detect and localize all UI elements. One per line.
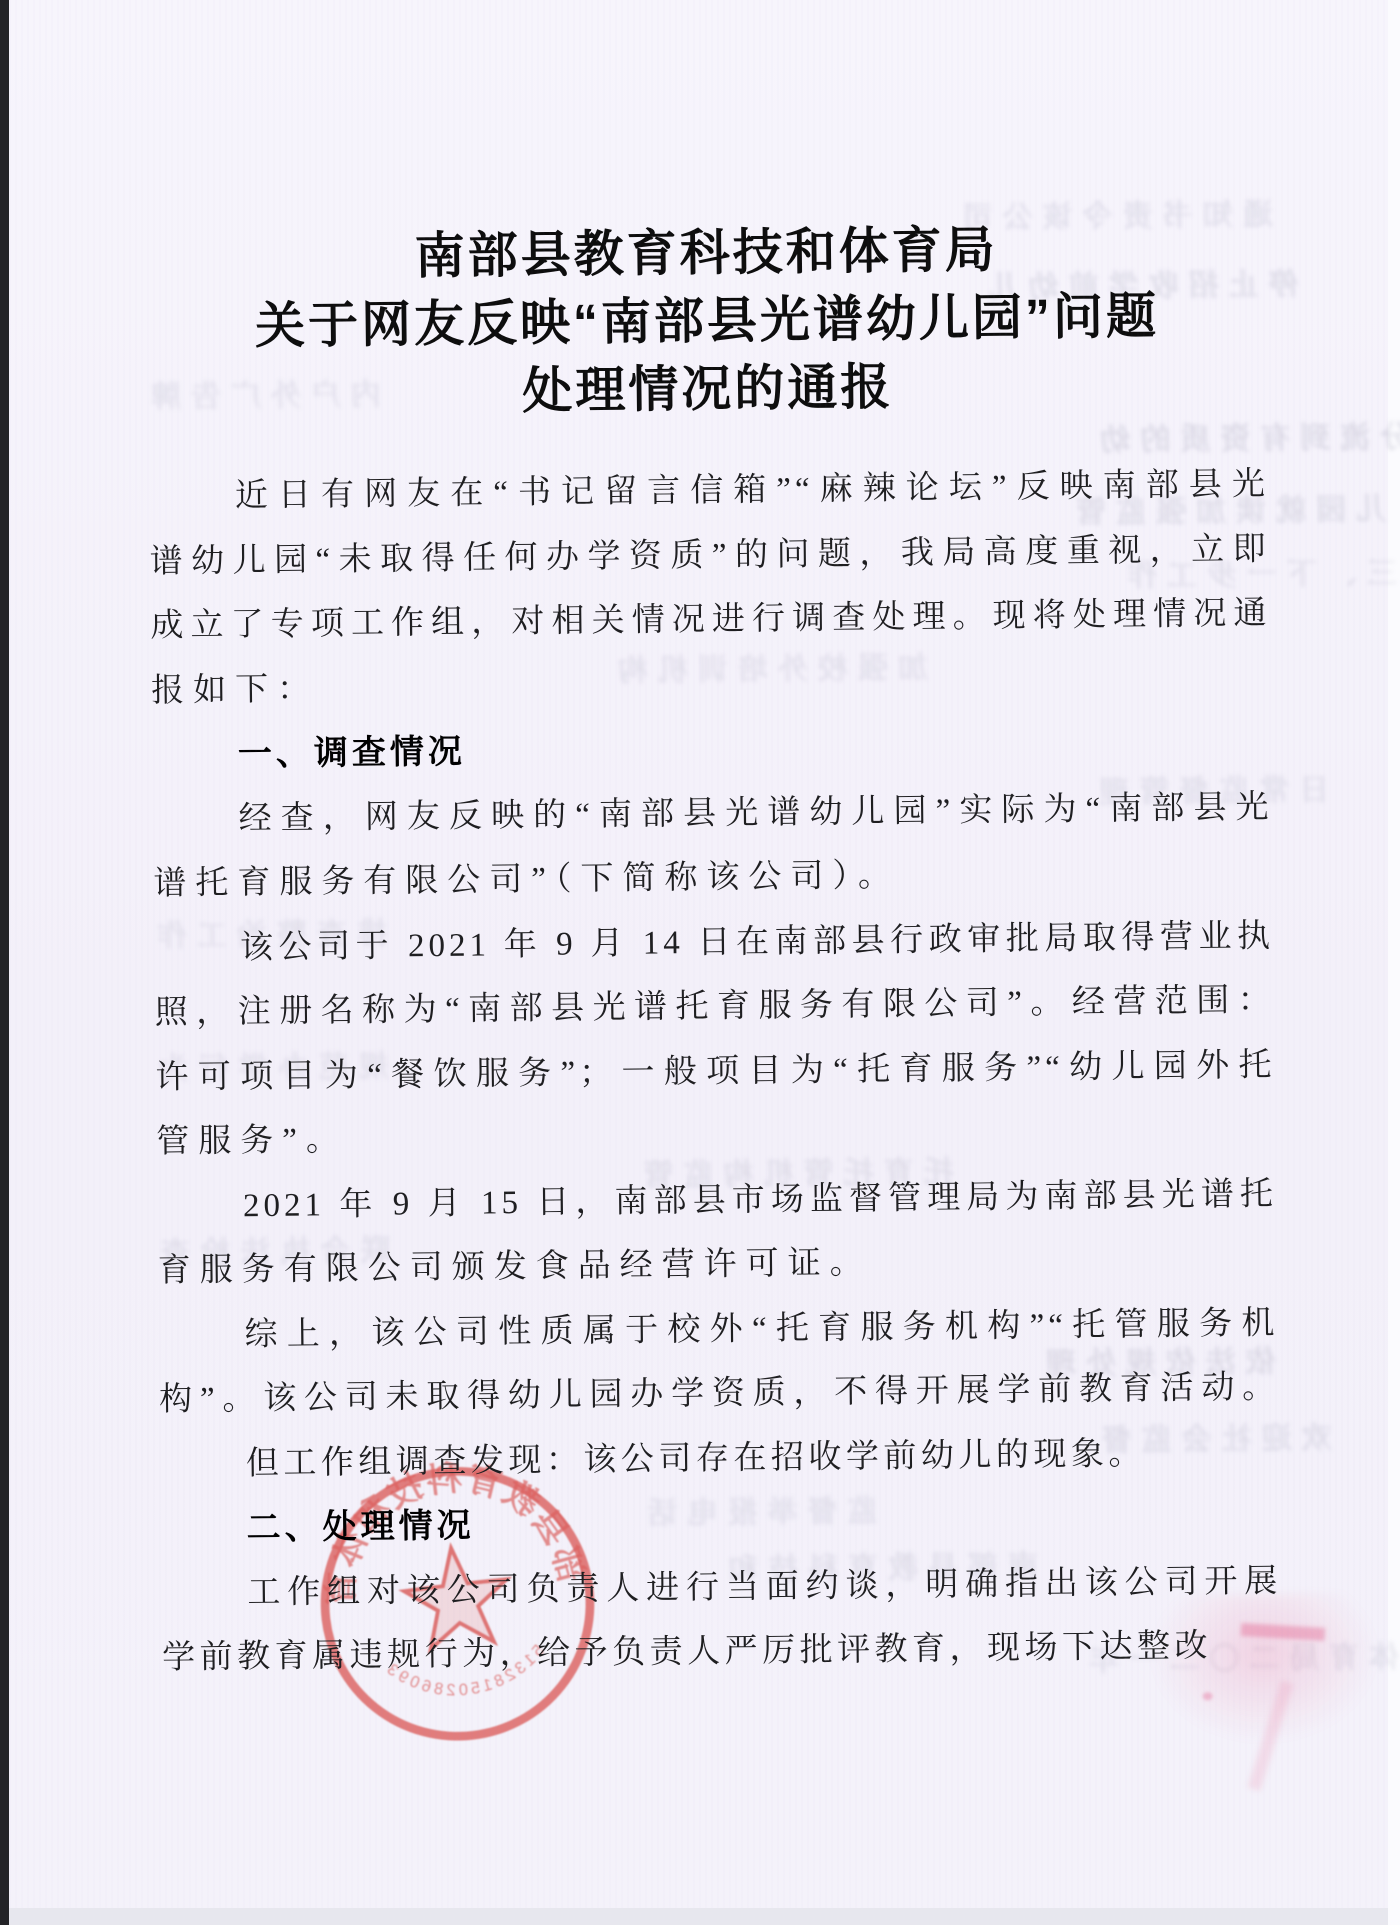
text-line: 学前教育属违规行为，给予负责人严厉批评教育，现场下达整改: [162, 1613, 1283, 1690]
bleedthrough-layer: 通知书责令该公司停止招收学前幼儿内户外广告牌分流到有资质的幼儿园就读加强监管三、…: [0, 0, 1379, 8]
ink-smudge: [1203, 1692, 1213, 1700]
scanned-page: 通知书责令该公司停止招收学前幼儿内户外广告牌分流到有资质的幼儿园就读加强监管三、…: [0, 0, 1400, 1925]
text-line: 成立了专项工作组，对相关情况进行调查处理。现将处理情况通: [150, 582, 1271, 659]
text-line: 经查，网友反映的“南部县光谱幼儿园”实际为“南部县光: [152, 775, 1273, 852]
document-title: 南部县教育科技和体育局 关于网友反映“南部县光谱幼儿园”问题 处理情况的通报: [146, 213, 1268, 430]
title-line: 关于网友反映“南部县光谱幼儿园”问题: [147, 281, 1268, 362]
text-line: 但工作组调查发现：该公司存在招收学前幼儿的现象。: [160, 1420, 1281, 1497]
text-line: 2021 年 9 月 15 日，南部县市场监督管理局为南部县光谱托: [157, 1162, 1278, 1239]
title-line: 南部县教育科技和体育局: [146, 213, 1267, 294]
text-line: 近日有网友在“书记留言信箱”“麻辣论坛”反映南部县光: [149, 453, 1270, 530]
text-line: 照，注册名称为“南部县光谱托育服务有限公司”。经营范围：: [154, 968, 1275, 1045]
page-content: 通知书责令该公司停止招收学前幼儿内户外广告牌分流到有资质的幼儿园就读加强监管三、…: [0, 0, 1400, 1916]
document-body: 近日有网友在“书记留言信箱”“麻辣论坛”反映南部县光谱幼儿园“未取得任何办学资质…: [149, 453, 1283, 1691]
title-line: 处理情况的通报: [147, 349, 1268, 430]
text-line: 许可项目为“餐饮服务”；一般项目为“托育服务”“幼儿园外托: [155, 1033, 1276, 1110]
text-line: 构”。该公司未取得幼儿园办学资质，不得开展学前教育活动。: [159, 1355, 1280, 1432]
paper: 通知书责令该公司停止招收学前幼儿内户外广告牌分流到有资质的幼儿园就读加强监管三、…: [9, 0, 1388, 1908]
